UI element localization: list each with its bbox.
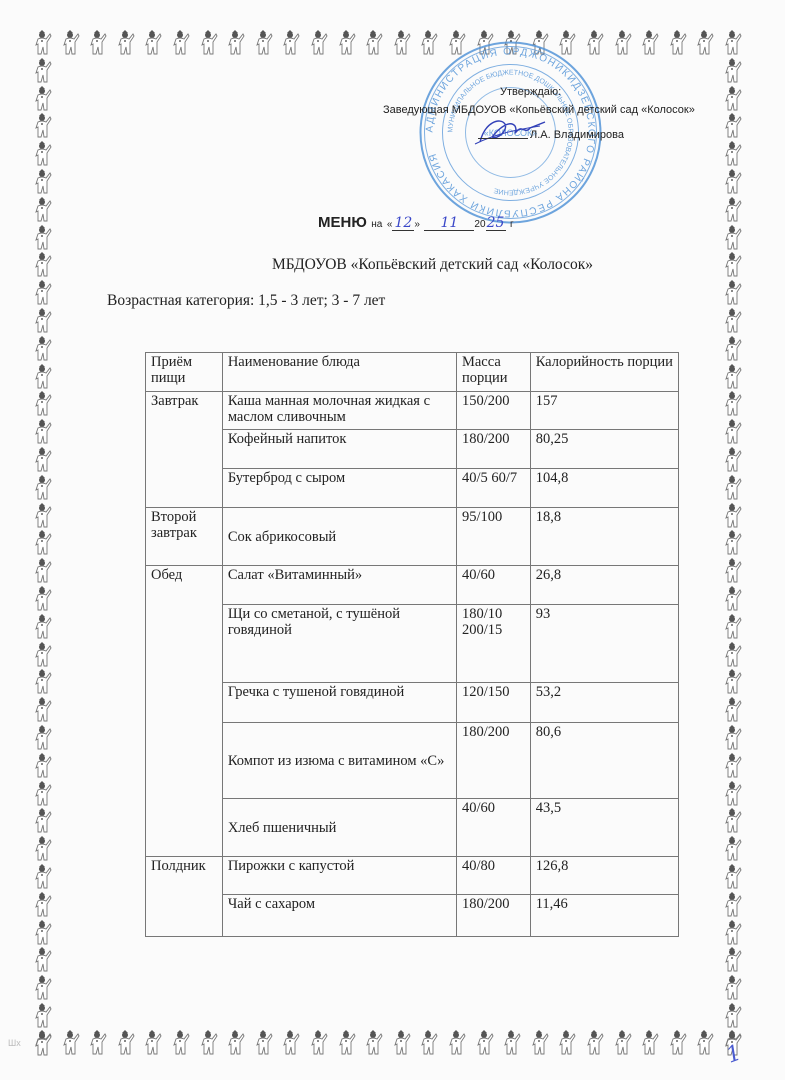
child-figure-icon [32,364,54,390]
child-figure-icon [32,503,54,529]
child-figure-icon [280,30,302,56]
child-figure-icon [32,58,54,84]
child-figure-icon [722,475,744,501]
mass-cell: 40/80 [456,857,530,895]
child-figure-icon [87,30,109,56]
mass-cell: 180/200 [456,723,530,799]
child-figure-icon [32,558,54,584]
child-figure-icon [474,1030,496,1056]
date-day: 12 [392,216,414,231]
child-figure-icon [32,669,54,695]
child-figure-icon [32,113,54,139]
mass-cell: 180/200 [456,430,530,469]
child-figure-icon [722,892,744,918]
child-figure-icon [722,391,744,417]
mass-cell: 40/60 [456,799,530,857]
child-figure-icon [32,1031,54,1057]
child-figure-icon [556,1030,578,1056]
dish-cell: Сок абрикосовый [222,508,456,566]
child-figure-icon [584,1030,606,1056]
child-figure-icon [667,30,689,56]
child-figure-icon [722,697,744,723]
child-figure-icon [722,586,744,612]
child-figure-icon [722,169,744,195]
year-unit: г [510,219,514,230]
menu-title: МЕНЮ на «12» 112025 г [318,214,514,232]
child-figure-icon [32,781,54,807]
child-figure-icon [225,30,247,56]
table-row: Компот из изюма с витамином «С»180/20080… [146,723,679,799]
child-figure-icon [722,86,744,112]
child-figure-icon [529,1030,551,1056]
child-figure-icon [722,141,744,167]
child-figure-icon [32,336,54,362]
dish-cell: Кофейный напиток [222,430,456,469]
table-row: ПолдникПирожки с капустой40/80126,8 [146,857,679,895]
menu-table: Приём пищи Наименование блюда Масса порц… [145,352,679,937]
child-figure-icon [501,1030,523,1056]
child-figure-icon [722,947,744,973]
child-figure-icon [32,808,54,834]
menu-word: МЕНЮ [318,214,367,231]
calories-cell: 80,6 [530,723,678,799]
child-figure-icon [612,1030,634,1056]
on-word: на [371,219,382,230]
child-figure-icon [87,1030,109,1056]
child-figure-icon [32,975,54,1001]
child-figure-icon [170,30,192,56]
dish-cell: Компот из изюма с витамином «С» [222,723,456,799]
child-figure-icon [722,808,744,834]
child-figure-icon [529,30,551,56]
mass-cell: 180/200 [456,895,530,937]
calories-cell: 43,5 [530,799,678,857]
meal-cell: Обед [146,566,223,857]
calories-cell: 104,8 [530,469,678,508]
child-figure-icon [32,225,54,251]
child-figure-icon [253,1030,275,1056]
child-figure-icon [142,1030,164,1056]
approval-label: Утверждаю: [500,86,561,98]
child-figure-icon [446,1030,468,1056]
child-figure-icon [115,1030,137,1056]
age-category: Возрастная категория: 1,5 - 3 лет; 3 - 7… [107,292,385,310]
child-figure-icon [32,530,54,556]
child-figure-icon [32,86,54,112]
child-figure-icon [32,836,54,862]
child-figure-icon [32,864,54,890]
child-figure-icon [32,642,54,668]
child-figure-icon [32,308,54,334]
mass-cell: 150/200 [456,392,530,430]
calories-cell: 26,8 [530,566,678,605]
child-figure-icon [722,920,744,946]
child-figure-icon [446,30,468,56]
child-figure-icon [584,30,606,56]
child-figure-icon [32,586,54,612]
child-figure-icon [32,753,54,779]
table-row: Чай с сахаром180/20011,46 [146,895,679,937]
child-figure-icon [32,947,54,973]
child-figure-icon [722,1003,744,1029]
calories-cell: 11,46 [530,895,678,937]
child-figure-icon [722,558,744,584]
table-row: Второй завтракСок абрикосовый95/10018,8 [146,508,679,566]
calories-cell: 18,8 [530,508,678,566]
child-figure-icon [308,1030,330,1056]
child-figure-icon [32,419,54,445]
child-figure-icon [556,30,578,56]
child-figure-icon [722,58,744,84]
child-figure-icon [418,30,440,56]
meal-cell: Второй завтрак [146,508,223,566]
calories-cell: 80,25 [530,430,678,469]
child-figure-icon [32,447,54,473]
child-figure-icon [667,1030,689,1056]
table-row: ОбедСалат «Витаминный»40/6026,8 [146,566,679,605]
child-figure-icon [170,1030,192,1056]
child-figure-icon [363,30,385,56]
date-month: 11 [424,216,474,231]
header-meal: Приём пищи [146,353,223,392]
child-figure-icon [722,669,744,695]
mass-cell: 120/150 [456,683,530,723]
child-figure-icon [32,169,54,195]
child-figure-icon [722,530,744,556]
child-figure-icon [501,30,523,56]
child-figure-icon [32,614,54,640]
child-figure-icon [722,447,744,473]
child-figure-icon [722,642,744,668]
dish-cell: Хлеб пшеничный [222,799,456,857]
child-figure-icon [32,280,54,306]
child-figure-icon [225,1030,247,1056]
calories-cell: 126,8 [530,857,678,895]
child-figure-icon [722,225,744,251]
child-figure-icon [418,1030,440,1056]
child-figure-icon [32,920,54,946]
calories-cell: 157 [530,392,678,430]
table-row: ЗавтракКаша манная молочная жидкая с мас… [146,392,679,430]
header-mass: Масса порции [456,353,530,392]
child-figure-icon [722,614,744,640]
calories-cell: 93 [530,605,678,683]
table-row: Щи со сметаной, с тушёной говядиной180/1… [146,605,679,683]
child-figure-icon [722,30,744,56]
child-figure-icon [198,30,220,56]
child-figure-icon [722,364,744,390]
table-row: Бутерброд с сыром40/5 60/7104,8 [146,469,679,508]
scan-mark: Шх [8,1038,21,1048]
child-figure-icon [722,280,744,306]
child-figure-icon [694,1030,716,1056]
child-figure-icon [722,725,744,751]
mass-cell: 40/60 [456,566,530,605]
child-figure-icon [722,336,744,362]
child-figure-icon [32,1003,54,1029]
date-year: 25 [486,216,506,231]
child-figure-icon [639,30,661,56]
child-figure-icon [612,30,634,56]
child-figure-icon [308,30,330,56]
child-figure-icon [722,197,744,223]
child-figure-icon [336,30,358,56]
child-figure-icon [32,892,54,918]
child-figure-icon [32,475,54,501]
child-figure-icon [32,197,54,223]
child-figure-icon [363,1030,385,1056]
table-row: Кофейный напиток180/20080,25 [146,430,679,469]
child-figure-icon [60,1030,82,1056]
approver-name: Л.А. Владимирова [530,129,624,141]
dish-cell: Салат «Витаминный» [222,566,456,605]
child-figure-icon [32,725,54,751]
child-figure-icon [391,30,413,56]
child-figure-icon [722,836,744,862]
dish-cell: Каша манная молочная жидкая с маслом сли… [222,392,456,430]
dish-cell: Гречка с тушеной говядиной [222,683,456,723]
child-figure-icon [722,503,744,529]
child-figure-icon [115,30,137,56]
header-dish: Наименование блюда [222,353,456,392]
child-figure-icon [722,113,744,139]
year-prefix: 20 [474,219,485,230]
organization-name: МБДОУОВ «Копьёвский детский сад «Колосок… [0,256,785,274]
child-figure-icon [32,697,54,723]
child-figure-icon [142,30,164,56]
child-figure-icon [722,753,744,779]
child-figure-icon [336,1030,358,1056]
child-figure-icon [32,30,54,56]
meal-cell: Завтрак [146,392,223,508]
child-figure-icon [722,864,744,890]
child-figure-icon [474,30,496,56]
child-figure-icon [60,30,82,56]
dish-cell: Чай с сахаром [222,895,456,937]
header-calories: Калорийность порции [530,353,678,392]
table-row: Гречка с тушеной говядиной120/15053,2 [146,683,679,723]
child-figure-icon [198,1030,220,1056]
child-figure-icon [32,391,54,417]
dish-cell: Пирожки с капустой [222,857,456,895]
meal-cell: Полдник [146,857,223,937]
child-figure-icon [722,781,744,807]
child-figure-icon [722,419,744,445]
table-row: Хлеб пшеничный40/6043,5 [146,799,679,857]
signature-line [478,138,528,139]
child-figure-icon [722,308,744,334]
mass-cell: 95/100 [456,508,530,566]
dish-cell: Щи со сметаной, с тушёной говядиной [222,605,456,683]
calories-cell: 53,2 [530,683,678,723]
dish-cell: Бутерброд с сыром [222,469,456,508]
mass-cell: 180/10 200/15 [456,605,530,683]
child-figure-icon [280,1030,302,1056]
child-figure-icon [32,141,54,167]
mass-cell: 40/5 60/7 [456,469,530,508]
table-header-row: Приём пищи Наименование блюда Масса порц… [146,353,679,392]
child-figure-icon [694,30,716,56]
child-figure-icon [253,30,275,56]
child-figure-icon [722,975,744,1001]
child-figure-icon [639,1030,661,1056]
child-figure-icon [391,1030,413,1056]
